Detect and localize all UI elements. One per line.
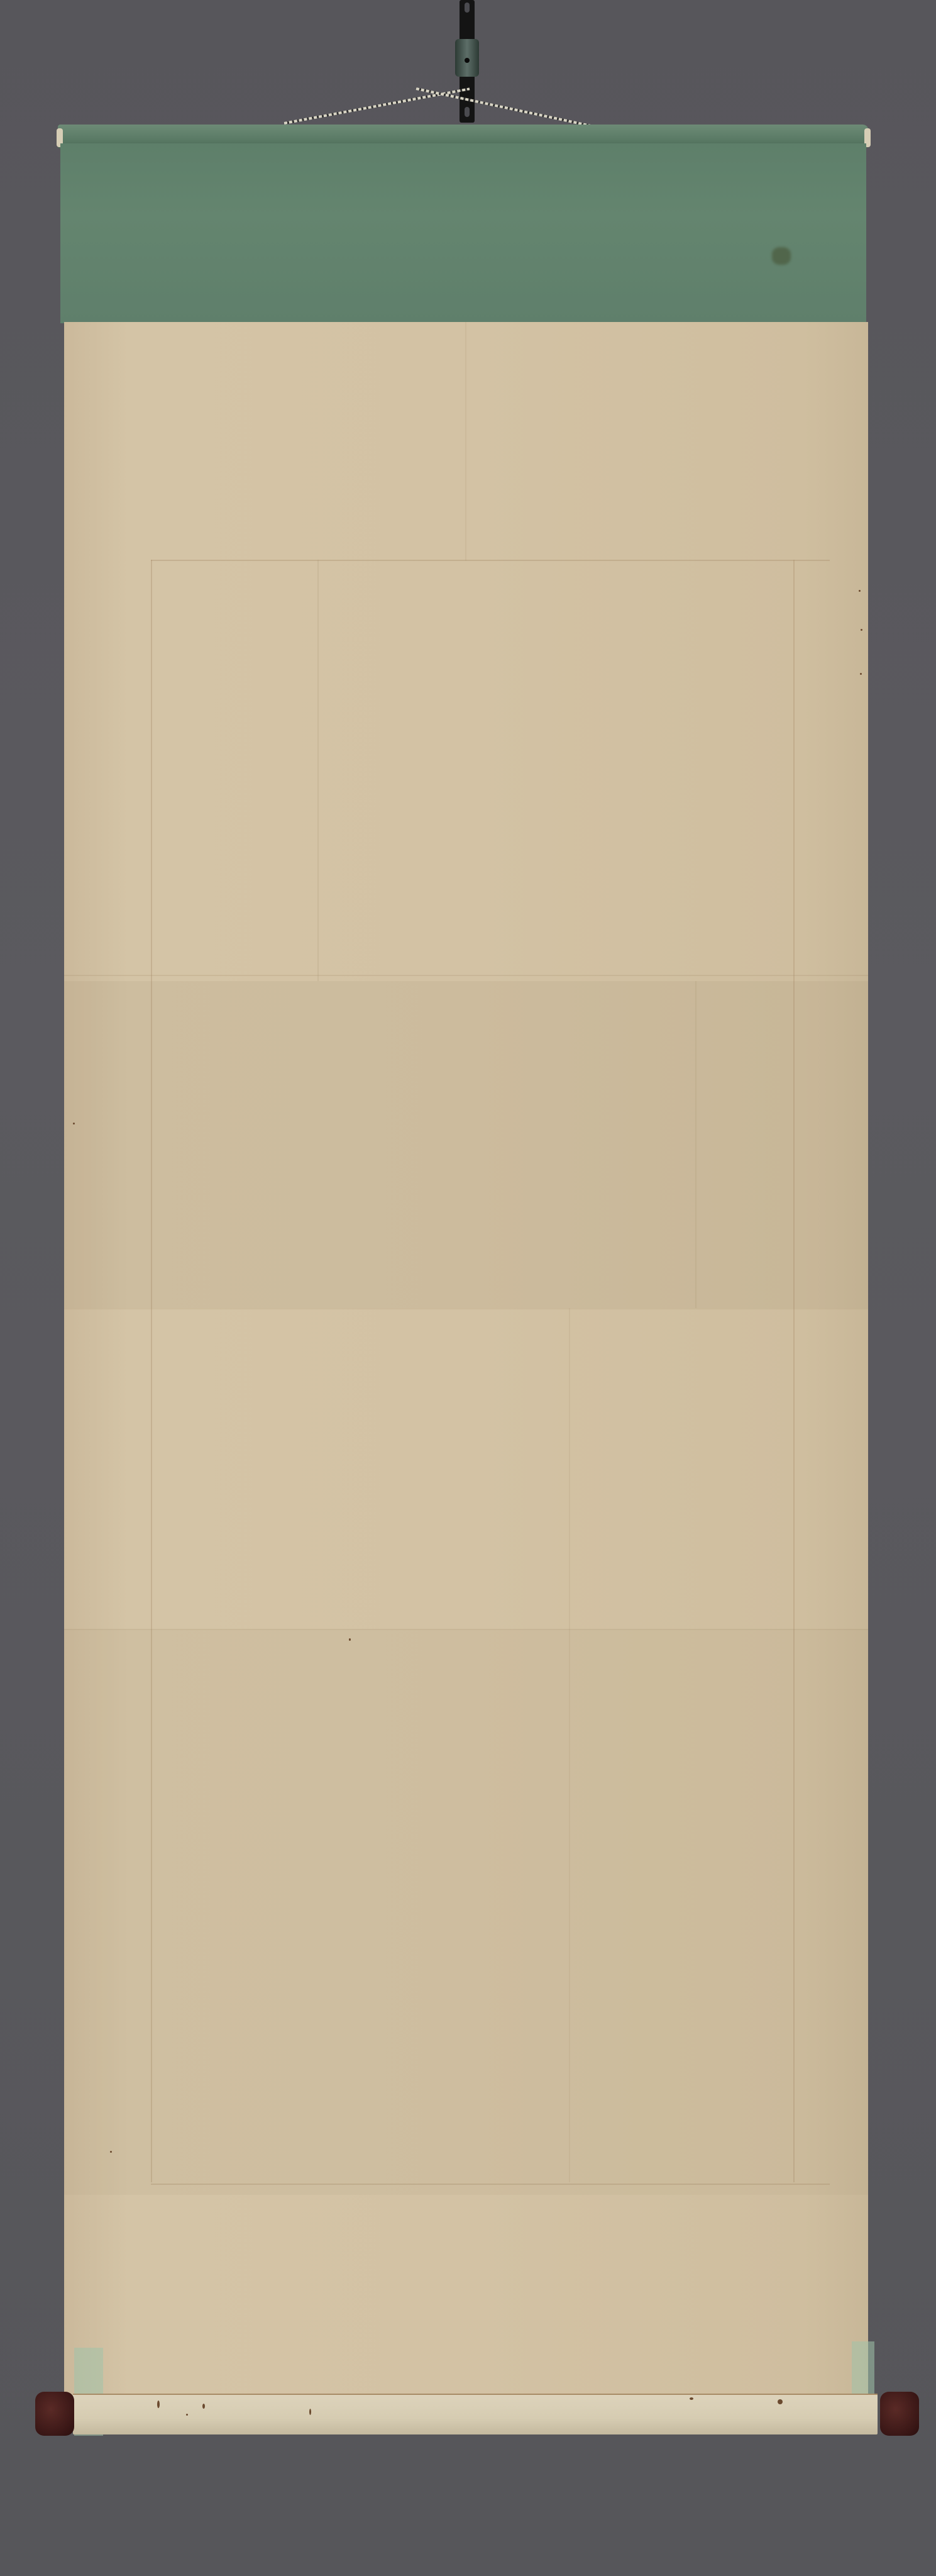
roller-knob-left [35, 2392, 74, 2436]
paper-seam [64, 1308, 868, 1309]
speck [309, 2409, 311, 2415]
hook-slot-bottom [465, 107, 470, 117]
speck [202, 2404, 205, 2409]
paper-shading [64, 1629, 868, 2195]
speck [349, 1638, 351, 1641]
speck [861, 629, 862, 631]
panel-edge-top [151, 560, 830, 561]
speck [157, 2401, 160, 2408]
paper-shading [64, 981, 868, 1308]
roller-knob-right [880, 2392, 919, 2436]
speck [778, 2399, 783, 2404]
paper-seam [317, 560, 319, 981]
speck [110, 2151, 112, 2153]
hook-slot-top [465, 3, 470, 13]
bottom-roller [73, 2394, 878, 2434]
paper-seam [64, 975, 868, 976]
speck [690, 2397, 693, 2400]
stain-mark [772, 247, 791, 265]
speck [859, 590, 861, 592]
hook-screw [465, 58, 470, 63]
paper-seam [465, 322, 466, 561]
upper-silk-band [60, 143, 866, 323]
hanging-cord-right [416, 87, 601, 129]
speck [860, 673, 862, 675]
roller-seam [73, 2394, 878, 2395]
speck [73, 1123, 75, 1124]
speck [186, 2414, 188, 2416]
